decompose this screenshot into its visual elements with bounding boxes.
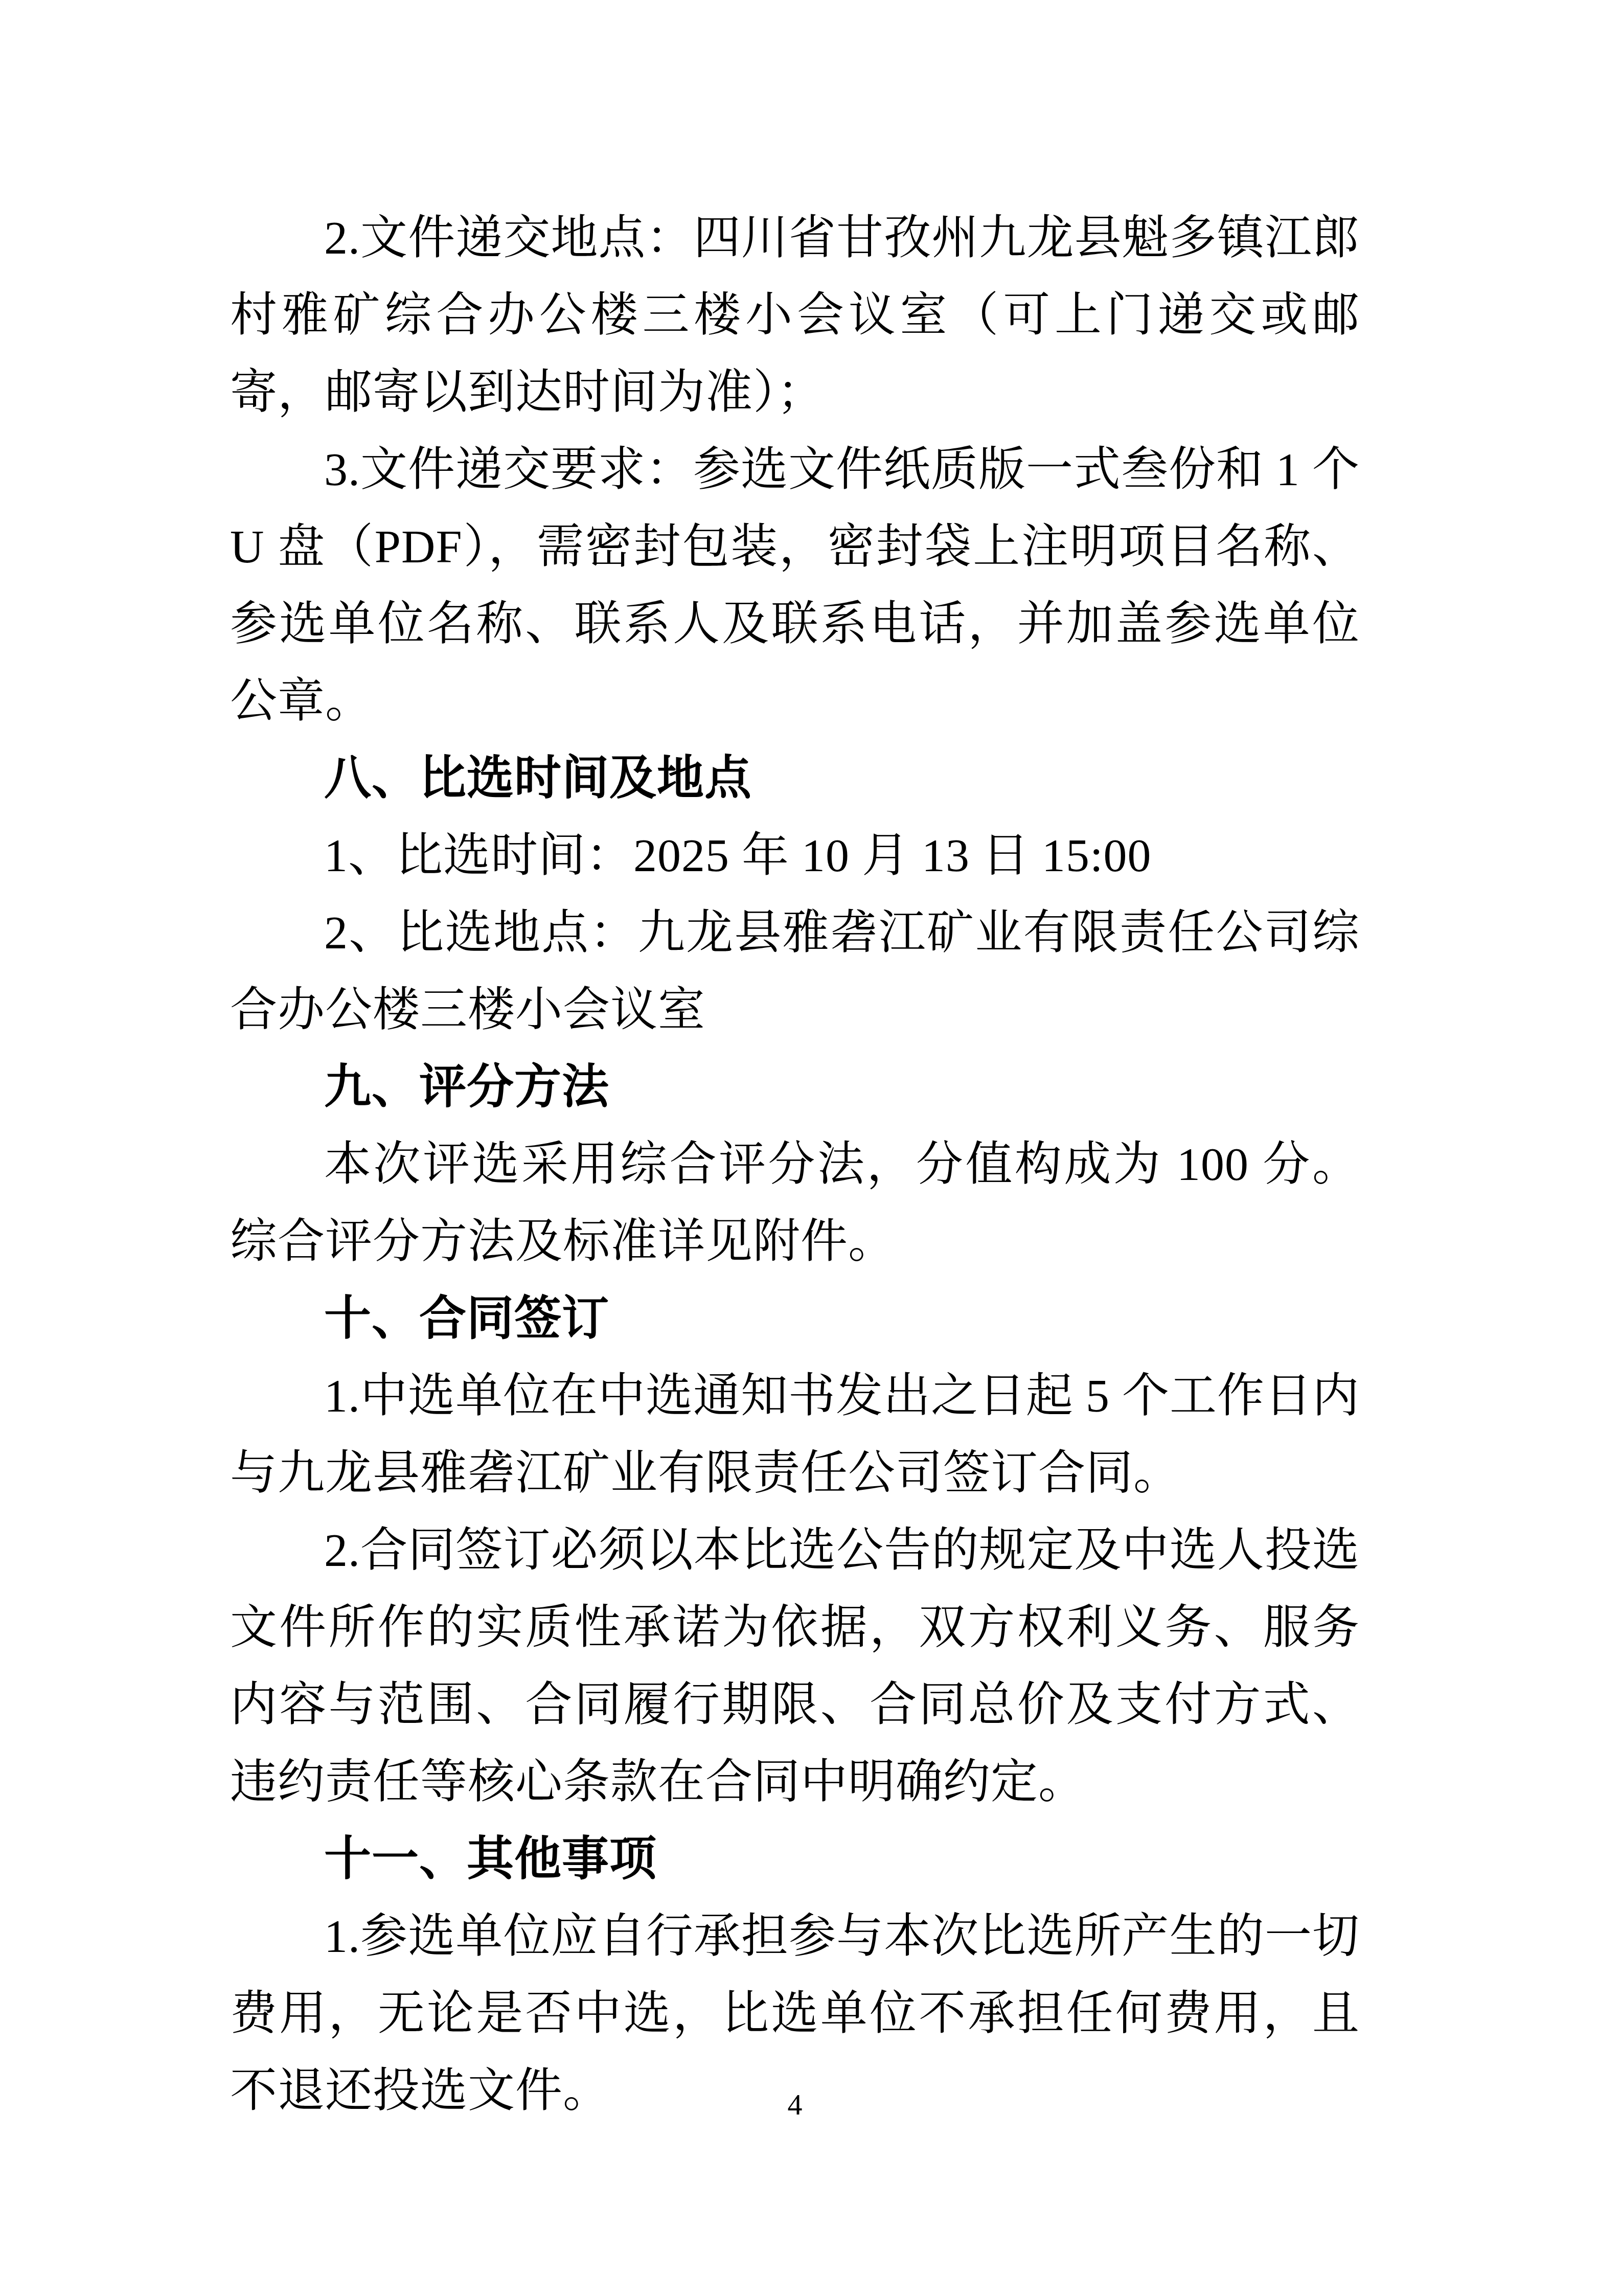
heading-scoring-method: 九、评分方法: [230, 1049, 1360, 1126]
document-page: 2.文件递交地点：四川省甘孜州九龙县魁多镇江郎村雅矿综合办公楼三楼小会议室（可上…: [0, 0, 1622, 2296]
para-file-delivery-requirements: 3.文件递交要求：参选文件纸质版一式叁份和 1 个 U 盘（PDF），需密封包装…: [230, 431, 1360, 740]
para-scoring-method-detail: 本次评选采用综合评分法，分值构成为 100 分。综合评分方法及标准详见附件。: [230, 1126, 1360, 1280]
para-selection-place: 2、比选地点：九龙县雅砻江矿业有限责任公司综合办公楼三楼小会议室: [230, 894, 1360, 1049]
document-body: 2.文件递交地点：四川省甘孜州九龙县魁多镇江郎村雅矿综合办公楼三楼小会议室（可上…: [230, 199, 1360, 2129]
para-file-delivery-location: 2.文件递交地点：四川省甘孜州九龙县魁多镇江郎村雅矿综合办公楼三楼小会议室（可上…: [230, 199, 1360, 431]
para-contract-signing-terms: 2.合同签订必须以本比选公告的规定及中选人投选文件所作的实质性承诺为依据，双方权…: [230, 1512, 1360, 1821]
para-selection-time: 1、比选时间：2025 年 10 月 13 日 15:00: [230, 817, 1360, 894]
heading-other-matters: 十一、其他事项: [230, 1821, 1360, 1898]
heading-contract-signing: 十、合同签订: [230, 1280, 1360, 1357]
page-number: 4: [230, 2088, 1360, 2121]
para-contract-signing-deadline: 1.中选单位在中选通知书发出之日起 5 个工作日内与九龙县雅砻江矿业有限责任公司…: [230, 1357, 1360, 1512]
heading-selection-time-and-place: 八、比选时间及地点: [230, 740, 1360, 817]
